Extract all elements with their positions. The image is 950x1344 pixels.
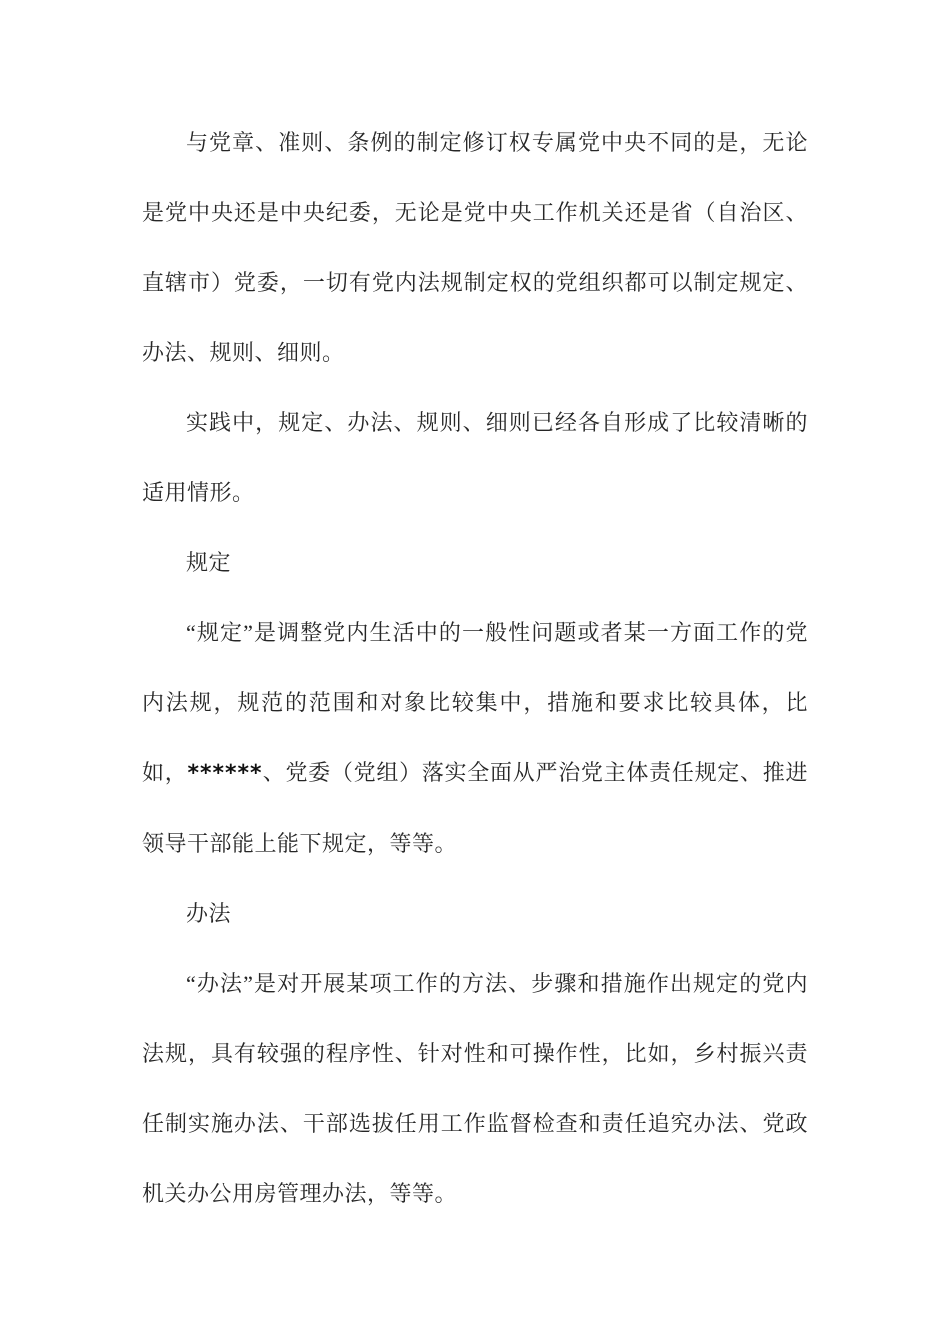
section-heading-banfa: 办法	[142, 879, 808, 949]
paragraph-guiding-definition: “规定”是调整党内生活中的一般性问题或者某一方面工作的党内法规，规范的范围和对象…	[142, 598, 808, 879]
paragraph-banfa-definition: “办法”是对开展某项工作的方法、步骤和措施作出规定的党内法规，具有较强的程序性、…	[142, 949, 808, 1229]
paragraph-intro-regulation-power: 与党章、准则、条例的制定修订权专属党中央不同的是，无论是党中央还是中央纪委，无论…	[142, 108, 808, 388]
redacted-asterisks: ******	[187, 761, 262, 786]
paragraph-practice-summary: 实践中，规定、办法、规则、细则已经各自形成了比较清晰的适用情形。	[142, 388, 808, 528]
document-page: 与党章、准则、条例的制定修订权专属党中央不同的是，无论是党中央还是中央纪委，无论…	[0, 0, 950, 1344]
document-body: 与党章、准则、条例的制定修订权专属党中央不同的是，无论是党中央还是中央纪委，无论…	[142, 108, 808, 1229]
section-heading-guiding: 规定	[142, 528, 808, 598]
